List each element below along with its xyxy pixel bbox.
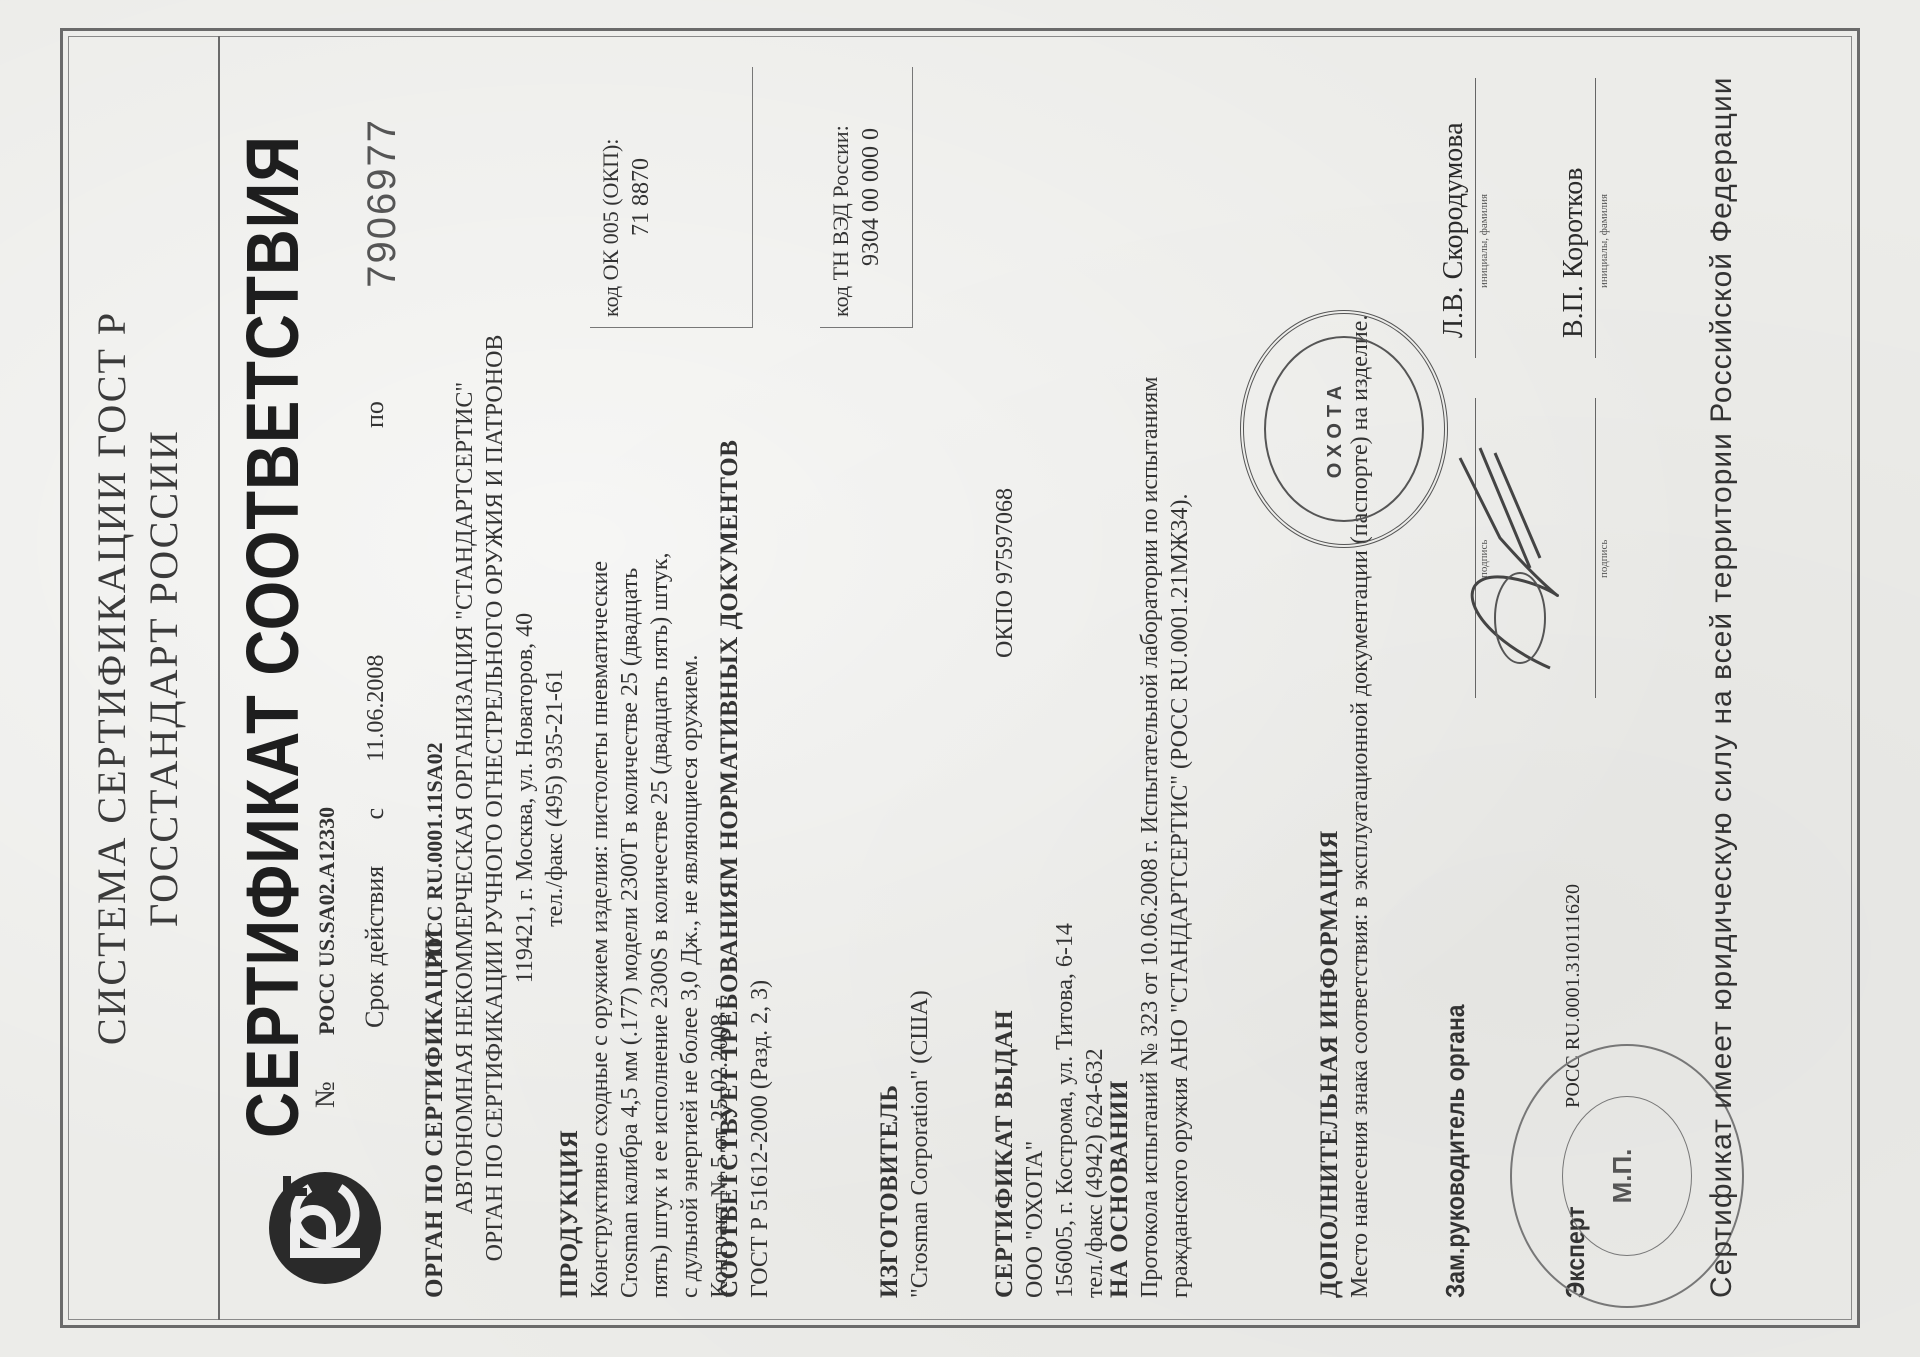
manufacturer-label: ИЗГОТОВИТЕЛЬ bbox=[875, 990, 905, 1298]
deputy-head-name: Л.В. Скородумова bbox=[1438, 122, 1470, 338]
standard-label: СООТВЕТСТВУЕТ ТРЕБОВАНИЯМ НОРМАТИВНЫХ ДО… bbox=[715, 440, 745, 1298]
validity-to-label: по bbox=[360, 401, 390, 428]
product-section: ПРОДУКЦИЯ Конструктивно сходные с оружие… bbox=[555, 418, 735, 1298]
certification-body-reg-number: РОСС RU.0001.11SA02 bbox=[420, 742, 450, 968]
name-caption: инициалы, фамилия bbox=[1478, 194, 1490, 288]
issued-to-label: СЕРТИФИКАТ ВЫДАН bbox=[990, 923, 1020, 1298]
certificate-number-field: № РОСС US.SA02.A12330 bbox=[310, 807, 342, 1108]
certification-body-section: ОРГАН ПО СЕРТИФИКАЦИИ РОСС RU.0001.11SA0… bbox=[420, 298, 570, 1298]
rst-mark-icon bbox=[265, 1168, 385, 1288]
issued-to-section: СЕРТИФИКАТ ВЫДАН ОКПО 97597068 ООО "ОХОТ… bbox=[990, 923, 1110, 1298]
certificate-document: СИСТЕМА СЕРТИФИКАЦИИ ГОСТ Р ГОССТАНДАРТ … bbox=[60, 28, 1860, 1328]
issued-to-address: 156005, г. Кострома, ул. Титова, 6-14 bbox=[1050, 923, 1080, 1298]
tnved-code-label: код ТН ВЭД России: bbox=[828, 125, 853, 317]
manufacturer-section: ИЗГОТОВИТЕЛЬ "Crosman Corporation" (США) bbox=[875, 990, 935, 1298]
certification-body-label: ОРГАН ПО СЕРТИФИКАЦИИ bbox=[421, 929, 448, 1298]
certification-body-line: ОРГАН ПО СЕРТИФИКАЦИИ РУЧНОГО ОГНЕСТРЕЛЬ… bbox=[480, 298, 510, 1298]
signature-caption: подпись bbox=[1598, 540, 1610, 578]
system-title: СИСТЕМА СЕРТИФИКАЦИИ ГОСТ Р ГОССТАНДАРТ … bbox=[86, 36, 190, 1320]
validity-from-date: 11.06.2008 bbox=[363, 655, 389, 762]
name-caption: инициалы, фамилия bbox=[1598, 194, 1610, 288]
number-label: № bbox=[310, 1081, 341, 1108]
mp-stamp-text: М.П. bbox=[1607, 1046, 1638, 1306]
form-serial-number: 7906977 bbox=[360, 118, 405, 288]
legal-validity-note: Сертификат имеет юридическую силу на все… bbox=[1705, 77, 1739, 1298]
standard-section: СООТВЕТСТВУЕТ ТРЕБОВАНИЯМ НОРМАТИВНЫХ ДО… bbox=[715, 440, 775, 1298]
deputy-head-label: Зам.руководитель органа bbox=[1440, 1004, 1471, 1298]
scanned-page: СИСТЕМА СЕРТИФИКАЦИИ ГОСТ Р ГОССТАНДАРТ … bbox=[0, 0, 1920, 1357]
okhota-stamp-text: ОХОТА bbox=[1324, 314, 1347, 544]
validity-from-label: с bbox=[360, 808, 389, 820]
okp-code-value: 71 8870 bbox=[626, 77, 656, 317]
product-line: пять) штук и ее исполнение 2300S в колич… bbox=[645, 418, 675, 1298]
product-line: с дульной энергией не более 3,0 Дж., не … bbox=[675, 418, 705, 1298]
validity-field: Срок действия с 11.06.2008 по bbox=[360, 655, 390, 1028]
okhota-company-stamp: ОХОТА bbox=[1240, 310, 1448, 548]
basis-label: НА ОСНОВАНИИ bbox=[1105, 377, 1135, 1298]
okp-code-label: код ОК 005 (ОКП): bbox=[598, 139, 623, 317]
basis-line: Протокола испытаний № 323 от 10.06.2008 … bbox=[1135, 377, 1165, 1298]
product-line: Crosman калибра 4,5 мм (.177) модели 230… bbox=[615, 418, 645, 1298]
product-line: Конструктивно сходные с оружием изделия:… bbox=[585, 418, 615, 1298]
certificate-title: СЕРТИФИКАТ СООТВЕТСТВИЯ bbox=[230, 135, 315, 1138]
expert-name: В.П. Коротков bbox=[1558, 168, 1590, 338]
basis-section: НА ОСНОВАНИИ Протокола испытаний № 323 о… bbox=[1105, 377, 1195, 1298]
manufacturer-value: "Crosman Corporation" (США) bbox=[905, 990, 935, 1298]
certification-body-address: 119421, г. Москва, ул. Новаторов, 40 bbox=[510, 298, 540, 1298]
product-label: ПРОДУКЦИЯ bbox=[555, 418, 585, 1298]
basis-line: гражданского оружия АНО "СТАНДАРТСЕРТИС"… bbox=[1165, 377, 1195, 1298]
tnved-code-value: 9304 00 000 0 bbox=[856, 77, 886, 317]
okp-code-box: код ОК 005 (ОКП): 71 8870 bbox=[590, 67, 753, 328]
system-title-line2: ГОССТАНДАРТ РОССИИ bbox=[138, 36, 190, 1320]
system-title-line1: СИСТЕМА СЕРТИФИКАЦИИ ГОСТ Р bbox=[86, 36, 138, 1320]
header-band: СИСТЕМА СЕРТИФИКАЦИИ ГОСТ Р ГОССТАНДАРТ … bbox=[68, 36, 220, 1320]
validity-label: Срок действия bbox=[360, 866, 389, 1028]
certificate-number: РОСС US.SA02.A12330 bbox=[314, 807, 339, 1035]
certification-body-line: АВТОНОМНАЯ НЕКОММЕРЧЕСКАЯ ОРГАНИЗАЦИЯ "С… bbox=[450, 298, 480, 1298]
issued-to-name: ООО "ОХОТА" bbox=[1020, 923, 1050, 1298]
standard-value: ГОСТ Р 51612-2000 (Разд. 2, 3) bbox=[745, 440, 775, 1298]
issued-to-okpo: ОКПО 97597068 bbox=[990, 488, 1020, 658]
handwritten-signature-icon bbox=[1440, 428, 1590, 688]
tnved-code-box: код ТН ВЭД России: 9304 00 000 0 bbox=[820, 67, 913, 328]
